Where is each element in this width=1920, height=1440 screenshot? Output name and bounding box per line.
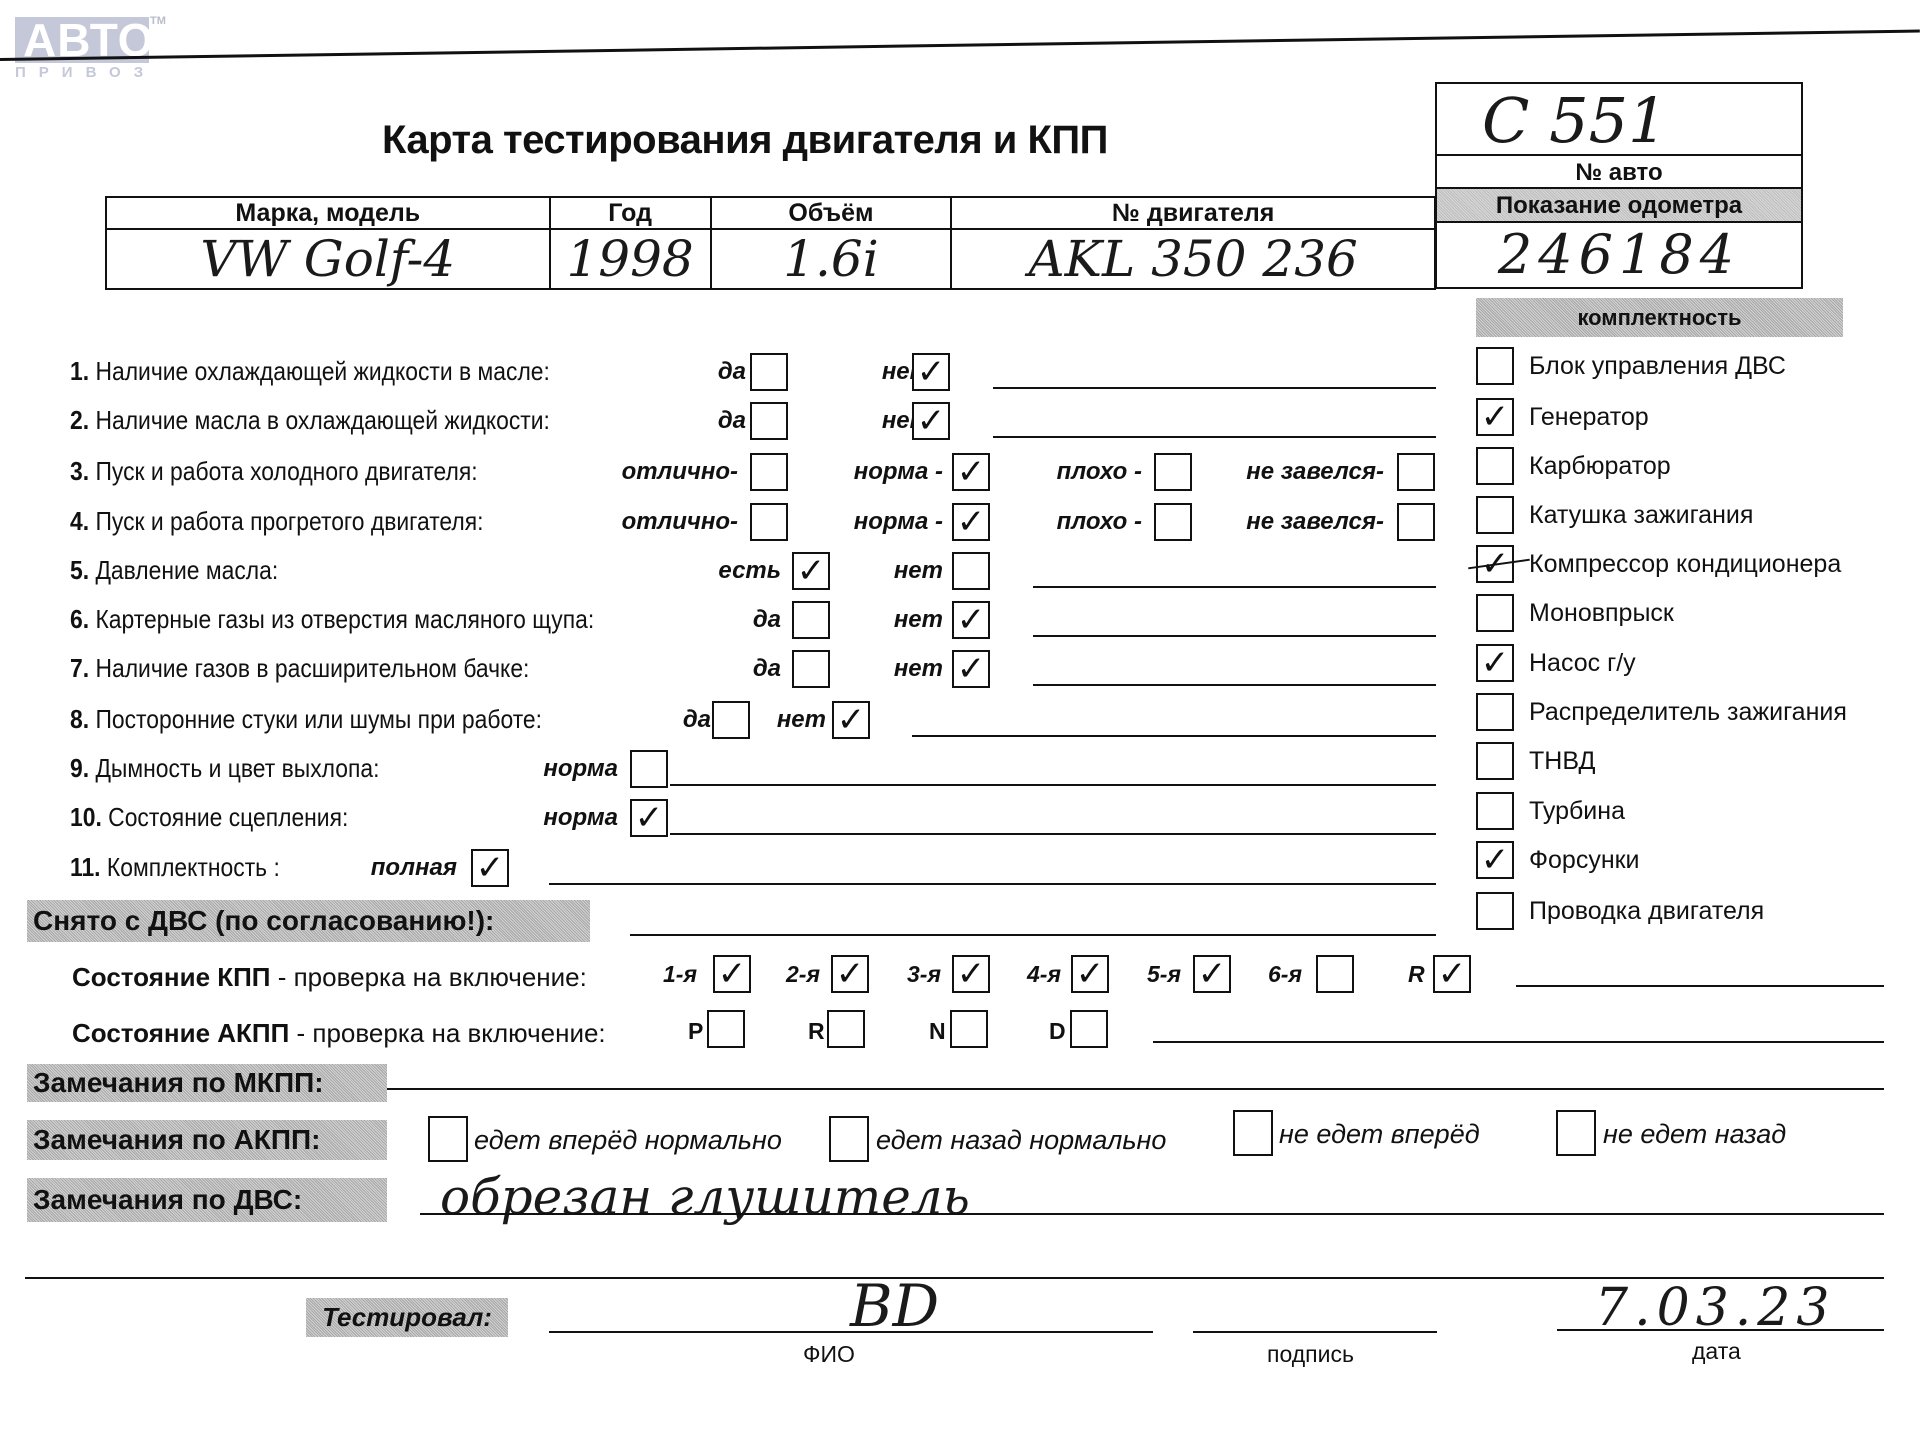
completeness-item: Форсунки bbox=[1529, 846, 1640, 875]
completeness-checkbox[interactable] bbox=[1476, 347, 1514, 385]
option-label: норма bbox=[460, 755, 618, 783]
question-text: Картерные газы из отверстия масляного щу… bbox=[89, 604, 594, 634]
notes-line[interactable] bbox=[993, 436, 1436, 438]
notes-line[interactable] bbox=[1033, 635, 1436, 637]
make-model-header: Марка, модель bbox=[106, 197, 550, 229]
completeness-checkbox[interactable] bbox=[1476, 594, 1514, 632]
notes-line[interactable] bbox=[670, 784, 1436, 786]
notes-line[interactable] bbox=[912, 735, 1436, 737]
position-checkbox[interactable] bbox=[950, 1010, 988, 1048]
mkpp-remarks-label: Замечания по МКПП: bbox=[27, 1064, 387, 1102]
option-checkbox[interactable]: ✓ bbox=[912, 353, 950, 391]
question-number: 9. bbox=[70, 753, 89, 783]
option-checkbox[interactable]: ✓ bbox=[471, 849, 509, 887]
completeness-checkbox[interactable] bbox=[1476, 892, 1514, 930]
completeness-checkbox[interactable] bbox=[1476, 447, 1514, 485]
question-8: 8. Посторонние стуки или шумы при работе… bbox=[70, 704, 542, 735]
auto-gearbox-notes-line[interactable] bbox=[1153, 1041, 1884, 1043]
option-label: отлично- bbox=[580, 508, 738, 536]
removed-line[interactable] bbox=[630, 934, 1436, 936]
question-text: Наличие масла в охлаждающей жидкости: bbox=[89, 405, 550, 435]
question-number: 1. bbox=[70, 356, 89, 386]
manual-gearbox-label: Состояние КПП - проверка на включение: bbox=[72, 962, 587, 993]
question-text: Дымность и цвет выхлопа: bbox=[89, 753, 379, 783]
question-4: 4. Пуск и работа прогретого двигателя: bbox=[70, 506, 483, 537]
option-checkbox[interactable]: ✓ bbox=[630, 799, 668, 837]
odometer-value[interactable]: 246184 bbox=[1437, 223, 1801, 287]
dvs-remarks-line[interactable] bbox=[420, 1213, 1884, 1215]
question-6: 6. Картерные газы из отверстия масляного… bbox=[70, 604, 594, 635]
gear-checkbox[interactable]: ✓ bbox=[713, 955, 751, 993]
option-checkbox[interactable]: ✓ bbox=[832, 701, 870, 739]
question-2: 2. Наличие масла в охлаждающей жидкости: bbox=[70, 405, 550, 436]
notes-line[interactable] bbox=[993, 387, 1436, 389]
completeness-header: комплектность bbox=[1476, 298, 1843, 337]
position-label: P bbox=[688, 1018, 703, 1045]
notes-line[interactable] bbox=[549, 883, 1436, 885]
dvs-remarks-label: Замечания по ДВС: bbox=[27, 1178, 387, 1222]
completeness-item: Турбина bbox=[1529, 797, 1625, 826]
question-text: Наличие газов в расширительном бачке: bbox=[89, 653, 529, 683]
question-number: 7. bbox=[70, 653, 89, 683]
position-label: N bbox=[929, 1018, 946, 1045]
completeness-item: Проводка двигателя bbox=[1529, 897, 1764, 926]
page-title: Карта тестирования двигателя и КПП bbox=[382, 118, 1108, 163]
question-text: Состояние сцепления: bbox=[102, 802, 349, 832]
engine-number-header: № двигателя bbox=[951, 197, 1435, 229]
question-10: 10. Состояние сцепления: bbox=[70, 802, 348, 833]
akpp-remarks-label: Замечания по АКПП: bbox=[27, 1120, 387, 1160]
header-divider bbox=[0, 30, 1920, 61]
option-label: норма - bbox=[785, 508, 943, 536]
gear-checkbox[interactable]: ✓ bbox=[831, 955, 869, 993]
question-11: 11. Комплектность : bbox=[70, 852, 280, 883]
completeness-checkbox[interactable] bbox=[1476, 742, 1514, 780]
question-9: 9. Дымность и цвет выхлопа: bbox=[70, 753, 379, 784]
gear-checkbox[interactable] bbox=[1316, 955, 1354, 993]
question-number: 5. bbox=[70, 555, 89, 585]
option-label: полная bbox=[299, 854, 457, 882]
question-1: 1. Наличие охлаждающей жидкости в масле: bbox=[70, 356, 550, 387]
option-label: нет bbox=[785, 557, 943, 585]
notes-line[interactable] bbox=[1033, 586, 1436, 588]
gear-checkbox[interactable]: ✓ bbox=[1071, 955, 1109, 993]
completeness-item: Генератор bbox=[1529, 403, 1649, 432]
option-checkbox[interactable] bbox=[1154, 503, 1192, 541]
question-5: 5. Давление масла: bbox=[70, 555, 278, 586]
completeness-item: Распределитель зажигания bbox=[1529, 698, 1847, 727]
gear-checkbox[interactable]: ✓ bbox=[1433, 955, 1471, 993]
question-number: 8. bbox=[70, 704, 89, 734]
completeness-checkbox[interactable] bbox=[1476, 693, 1514, 731]
option-label: да bbox=[623, 655, 781, 683]
question-text: Пуск и работа прогретого двигателя: bbox=[89, 506, 483, 536]
question-text: Наличие охлаждающей жидкости в масле: bbox=[89, 356, 550, 386]
completeness-item: Блок управления ДВС bbox=[1529, 352, 1786, 381]
question-text: Комплектность : bbox=[101, 852, 280, 882]
akpp-remark-label: едет назад нормально bbox=[876, 1125, 1166, 1156]
option-label: да bbox=[588, 358, 746, 386]
akpp-remark-checkbox[interactable] bbox=[428, 1116, 468, 1162]
question-7: 7. Наличие газов в расширительном бачке: bbox=[70, 653, 529, 684]
option-checkbox[interactable] bbox=[630, 750, 668, 788]
option-label: нет bbox=[668, 706, 826, 734]
year-value[interactable]: 1998 bbox=[550, 229, 711, 289]
notes-line[interactable] bbox=[1033, 684, 1436, 686]
question-number: 10. bbox=[70, 802, 102, 832]
question-text: Давление масла: bbox=[89, 555, 278, 585]
question-text: Посторонние стуки или шумы при работе: bbox=[89, 704, 542, 734]
option-checkbox[interactable] bbox=[750, 453, 788, 491]
mkpp-remarks-line[interactable] bbox=[387, 1088, 1884, 1090]
position-checkbox[interactable] bbox=[707, 1010, 745, 1048]
tester-name-value[interactable]: BD bbox=[850, 1272, 939, 1340]
question-number: 11. bbox=[70, 852, 101, 882]
question-number: 3. bbox=[70, 456, 89, 486]
position-label: D bbox=[1049, 1018, 1066, 1045]
question-3: 3. Пуск и работа холодного двигателя: bbox=[70, 456, 478, 487]
position-checkbox[interactable] bbox=[1070, 1010, 1108, 1048]
tester-name-line bbox=[549, 1331, 1153, 1333]
tested-by-label: Тестировал: bbox=[306, 1298, 508, 1337]
option-label: норма bbox=[460, 804, 618, 832]
akpp-remark-checkbox[interactable] bbox=[829, 1116, 869, 1162]
completeness-checkbox[interactable]: ✓ bbox=[1476, 398, 1514, 436]
year-header: Год bbox=[550, 197, 711, 229]
completeness-checkbox[interactable] bbox=[1476, 496, 1514, 534]
question-text: Пуск и работа холодного двигателя: bbox=[89, 456, 478, 486]
completeness-item: Катушка зажигания bbox=[1529, 501, 1753, 530]
option-checkbox[interactable]: ✓ bbox=[912, 402, 950, 440]
completeness-checkbox[interactable]: ✓ bbox=[1476, 841, 1514, 879]
notes-line[interactable] bbox=[670, 833, 1436, 835]
completeness-checkbox[interactable]: ✓ bbox=[1476, 644, 1514, 682]
option-checkbox[interactable] bbox=[750, 503, 788, 541]
akpp-remark-checkbox[interactable] bbox=[1556, 1110, 1596, 1156]
akpp-remark-label: не едет вперёд bbox=[1279, 1119, 1480, 1150]
car-number-value[interactable]: C 551 bbox=[1437, 84, 1801, 156]
vehicle-info-table: Марка, модель Год Объём № двигателя VW G… bbox=[105, 196, 1436, 290]
option-checkbox[interactable] bbox=[1397, 503, 1435, 541]
volume-header: Объём bbox=[711, 197, 952, 229]
gear-label: 5-я bbox=[1147, 961, 1181, 988]
position-checkbox[interactable] bbox=[827, 1010, 865, 1048]
date-caption: дата bbox=[1692, 1338, 1741, 1365]
logo-subtitle: ПРИВОЗ bbox=[15, 64, 156, 81]
gear-label: R bbox=[1408, 961, 1425, 988]
car-number-label: № авто bbox=[1437, 156, 1801, 189]
question-number: 2. bbox=[70, 405, 89, 435]
logo-trademark: TM bbox=[150, 15, 166, 27]
gear-label: 2-я bbox=[786, 961, 820, 988]
dvs-remarks-value[interactable]: обрезан глушитель bbox=[440, 1168, 970, 1226]
volume-value[interactable]: 1.6i bbox=[711, 229, 952, 289]
completeness-item: Насос г/у bbox=[1529, 649, 1636, 678]
akpp-remark-label: едет вперёд нормально bbox=[474, 1125, 782, 1156]
option-label: отлично- bbox=[580, 458, 738, 486]
option-label: норма - bbox=[785, 458, 943, 486]
completeness-item: Моновпрыск bbox=[1529, 599, 1674, 628]
odometer-label: Показание одометра bbox=[1437, 189, 1801, 223]
completeness-item: Компрессор кондиционера bbox=[1529, 550, 1841, 579]
option-label: плохо - bbox=[984, 508, 1142, 536]
gear-label: 6-я bbox=[1268, 961, 1302, 988]
akpp-remark-checkbox[interactable] bbox=[1233, 1110, 1273, 1156]
auto-gearbox-label: Состояние АКПП - проверка на включение: bbox=[72, 1018, 606, 1049]
gear-label: 1-я bbox=[663, 961, 697, 988]
gear-checkbox[interactable]: ✓ bbox=[1193, 955, 1231, 993]
option-checkbox[interactable] bbox=[952, 552, 990, 590]
gear-checkbox[interactable]: ✓ bbox=[952, 955, 990, 993]
completeness-item: Карбюратор bbox=[1529, 452, 1671, 481]
option-checkbox[interactable]: ✓ bbox=[952, 650, 990, 688]
option-label: не завелся- bbox=[1226, 458, 1384, 486]
removed-label: Снято с ДВС (по согласованию!): bbox=[27, 900, 590, 942]
manual-gearbox-notes-line[interactable] bbox=[1516, 985, 1884, 987]
make-model-value[interactable]: VW Golf-4 bbox=[106, 229, 550, 289]
completeness-item: ТНВД bbox=[1529, 747, 1595, 776]
option-label: нет bbox=[785, 655, 943, 683]
akpp-remark-label: не едет назад bbox=[1603, 1119, 1786, 1150]
option-label: нет bbox=[773, 407, 931, 435]
option-checkbox[interactable] bbox=[1154, 453, 1192, 491]
position-label: R bbox=[808, 1018, 825, 1045]
completeness-checkbox[interactable] bbox=[1476, 792, 1514, 830]
tester-name-caption: ФИО bbox=[803, 1341, 855, 1368]
question-number: 4. bbox=[70, 506, 89, 536]
option-label: да bbox=[588, 407, 746, 435]
option-checkbox[interactable] bbox=[1397, 453, 1435, 491]
option-label: не завелся- bbox=[1226, 508, 1384, 536]
question-number: 6. bbox=[70, 604, 89, 634]
option-label: нет bbox=[773, 358, 931, 386]
option-label: да bbox=[623, 606, 781, 634]
option-label: есть bbox=[623, 557, 781, 585]
option-checkbox[interactable]: ✓ bbox=[952, 601, 990, 639]
signature-line[interactable] bbox=[1193, 1331, 1437, 1333]
option-label: нет bbox=[785, 606, 943, 634]
gear-label: 3-я bbox=[907, 961, 941, 988]
signature-caption: подпись bbox=[1267, 1341, 1354, 1368]
gear-label: 4-я bbox=[1027, 961, 1061, 988]
date-line bbox=[1557, 1329, 1884, 1331]
engine-number-value[interactable]: AKL 350 236 bbox=[951, 229, 1435, 289]
option-label: плохо - bbox=[984, 458, 1142, 486]
